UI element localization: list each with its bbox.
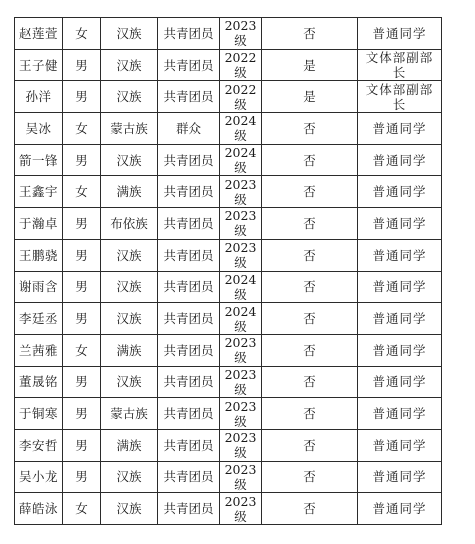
grade-suffix-text: 级: [220, 445, 261, 460]
table-row: 董晟铭 男 汉族 共青团员 2023级 否 普通同学: [15, 366, 442, 398]
ethnicity-text: 汉族: [116, 58, 141, 73]
cell-name: 董晟铭: [15, 366, 63, 398]
gender-text: 男: [75, 374, 88, 389]
ethnicity-text: 汉族: [116, 469, 141, 484]
table-row: 王鑫宇 女 满族 共青团员 2023级 否 普通同学: [15, 176, 442, 208]
grade-year-text: 2023: [220, 335, 261, 350]
name-text: 于铜寒: [19, 406, 58, 421]
cell-political-status: 共青团员: [158, 239, 220, 271]
gender-text: 男: [75, 438, 88, 453]
gender-text: 男: [75, 248, 88, 263]
has-post-text: 否: [303, 311, 316, 326]
role-line2-text: 长: [358, 97, 441, 112]
cell-role: 普通同学: [358, 144, 442, 176]
roster-body: 赵莲萱 女 汉族 共青团员 2023级 否 普通同学 王子健 男 汉族 共青团员…: [15, 18, 442, 525]
grade-year-text: 2023: [220, 399, 261, 414]
ethnicity-text: 汉族: [116, 374, 141, 389]
role-line1-text: 普通同学: [358, 406, 441, 421]
political-status-text: 共青团员: [163, 184, 213, 199]
gender-text: 女: [75, 343, 88, 358]
role-line2-text: 长: [358, 65, 441, 80]
ethnicity-text: 满族: [116, 184, 141, 199]
cell-name: 兰茜雅: [15, 334, 63, 366]
political-status-text: 共青团员: [163, 248, 213, 263]
cell-has-post: 否: [262, 366, 358, 398]
cell-name: 赵莲萱: [15, 18, 63, 50]
cell-political-status: 共青团员: [158, 366, 220, 398]
cell-ethnicity: 满族: [101, 429, 158, 461]
has-post-text: 否: [303, 248, 316, 263]
table-row: 箭一锋 男 汉族 共青团员 2024级 否 普通同学: [15, 144, 442, 176]
has-post-text: 否: [303, 501, 316, 516]
ethnicity-text: 蒙古族: [110, 121, 148, 136]
gender-text: 男: [75, 406, 88, 421]
role-line1-text: 普通同学: [358, 438, 441, 453]
has-post-text: 是: [303, 58, 316, 73]
political-status-text: 共青团员: [163, 89, 213, 104]
has-post-text: 否: [303, 121, 316, 136]
ethnicity-text: 汉族: [116, 26, 141, 41]
cell-grade: 2022级: [220, 81, 262, 113]
cell-role: 普通同学: [358, 493, 442, 525]
cell-ethnicity: 汉族: [101, 18, 158, 50]
cell-gender: 男: [63, 461, 101, 493]
name-text: 李廷丞: [19, 311, 58, 326]
cell-political-status: 共青团员: [158, 493, 220, 525]
cell-political-status: 共青团员: [158, 49, 220, 81]
cell-political-status: 共青团员: [158, 81, 220, 113]
cell-ethnicity: 蒙古族: [101, 113, 158, 145]
ethnicity-text: 汉族: [116, 153, 141, 168]
grade-year-text: 2022: [220, 50, 261, 65]
cell-political-status: 共青团员: [158, 271, 220, 303]
name-text: 赵莲萱: [19, 26, 58, 41]
grade-suffix-text: 级: [220, 255, 261, 270]
gender-text: 男: [75, 216, 88, 231]
cell-political-status: 共青团员: [158, 176, 220, 208]
cell-grade: 2024级: [220, 144, 262, 176]
grade-suffix-text: 级: [220, 287, 261, 302]
cell-ethnicity: 布依族: [101, 208, 158, 240]
grade-suffix-text: 级: [220, 477, 261, 492]
role-line1-text: 普通同学: [358, 26, 441, 41]
has-post-text: 否: [303, 153, 316, 168]
name-text: 箭一锋: [19, 153, 58, 168]
ethnicity-text: 汉族: [116, 311, 141, 326]
cell-role: 普通同学: [358, 334, 442, 366]
cell-grade: 2023级: [220, 239, 262, 271]
grade-year-text: 2024: [220, 113, 261, 128]
cell-has-post: 否: [262, 113, 358, 145]
name-text: 董晟铭: [19, 374, 58, 389]
political-status-text: 共青团员: [163, 58, 213, 73]
role-line1-text: 普通同学: [358, 501, 441, 516]
cell-has-post: 否: [262, 271, 358, 303]
cell-gender: 男: [63, 398, 101, 430]
cell-political-status: 群众: [158, 113, 220, 145]
gender-text: 男: [75, 469, 88, 484]
cell-gender: 女: [63, 113, 101, 145]
cell-ethnicity: 汉族: [101, 144, 158, 176]
cell-gender: 男: [63, 49, 101, 81]
cell-has-post: 是: [262, 49, 358, 81]
grade-suffix-text: 级: [220, 192, 261, 207]
table-row: 于瀚卓 男 布依族 共青团员 2023级 否 普通同学: [15, 208, 442, 240]
name-text: 王鑫宇: [19, 184, 58, 199]
name-text: 兰茜雅: [19, 343, 58, 358]
cell-ethnicity: 汉族: [101, 81, 158, 113]
cell-has-post: 否: [262, 208, 358, 240]
grade-suffix-text: 级: [220, 319, 261, 334]
table-row: 吴冰 女 蒙古族 群众 2024级 否 普通同学: [15, 113, 442, 145]
cell-has-post: 否: [262, 176, 358, 208]
role-line1-text: 普通同学: [358, 343, 441, 358]
political-status-text: 共青团员: [163, 343, 213, 358]
cell-ethnicity: 汉族: [101, 239, 158, 271]
has-post-text: 否: [303, 216, 316, 231]
political-status-text: 共青团员: [163, 311, 213, 326]
table-row: 李廷丞 男 汉族 共青团员 2024级 否 普通同学: [15, 303, 442, 335]
cell-grade: 2023级: [220, 208, 262, 240]
cell-grade: 2023级: [220, 334, 262, 366]
ethnicity-text: 满族: [116, 343, 141, 358]
cell-name: 吴冰: [15, 113, 63, 145]
cell-ethnicity: 满族: [101, 176, 158, 208]
grade-year-text: 2023: [220, 18, 261, 33]
political-status-text: 群众: [176, 121, 201, 136]
cell-grade: 2023级: [220, 366, 262, 398]
role-line1-text: 普通同学: [358, 216, 441, 231]
has-post-text: 否: [303, 279, 316, 294]
cell-gender: 女: [63, 493, 101, 525]
political-status-text: 共青团员: [163, 216, 213, 231]
grade-year-text: 2023: [220, 430, 261, 445]
role-line1-text: 文体部副部: [358, 82, 441, 97]
cell-ethnicity: 汉族: [101, 461, 158, 493]
cell-ethnicity: 满族: [101, 334, 158, 366]
cell-political-status: 共青团员: [158, 461, 220, 493]
grade-year-text: 2023: [220, 208, 261, 223]
name-text: 谢雨含: [19, 279, 58, 294]
name-text: 薛皓泳: [19, 501, 58, 516]
cell-role: 普通同学: [358, 18, 442, 50]
gender-text: 男: [75, 89, 88, 104]
cell-name: 箭一锋: [15, 144, 63, 176]
cell-gender: 女: [63, 334, 101, 366]
grade-suffix-text: 级: [220, 65, 261, 80]
ethnicity-text: 汉族: [116, 248, 141, 263]
grade-year-text: 2023: [220, 494, 261, 509]
grade-suffix-text: 级: [220, 414, 261, 429]
cell-gender: 男: [63, 429, 101, 461]
cell-ethnicity: 蒙古族: [101, 398, 158, 430]
grade-suffix-text: 级: [220, 33, 261, 48]
ethnicity-text: 汉族: [116, 501, 141, 516]
cell-grade: 2024级: [220, 271, 262, 303]
member-roster-table: 赵莲萱 女 汉族 共青团员 2023级 否 普通同学 王子健 男 汉族 共青团员…: [14, 17, 442, 525]
role-line1-text: 普通同学: [358, 469, 441, 484]
ethnicity-text: 汉族: [116, 279, 141, 294]
table-row: 赵莲萱 女 汉族 共青团员 2023级 否 普通同学: [15, 18, 442, 50]
cell-role: 普通同学: [358, 429, 442, 461]
cell-political-status: 共青团员: [158, 303, 220, 335]
ethnicity-text: 布依族: [110, 216, 148, 231]
ethnicity-text: 满族: [116, 438, 141, 453]
cell-role: 普通同学: [358, 303, 442, 335]
cell-gender: 男: [63, 271, 101, 303]
cell-role: 普通同学: [358, 271, 442, 303]
cell-name: 李廷丞: [15, 303, 63, 335]
cell-political-status: 共青团员: [158, 208, 220, 240]
political-status-text: 共青团员: [163, 438, 213, 453]
cell-ethnicity: 汉族: [101, 271, 158, 303]
table-row: 薛皓泳 女 汉族 共青团员 2023级 否 普通同学: [15, 493, 442, 525]
table-row: 谢雨含 男 汉族 共青团员 2024级 否 普通同学: [15, 271, 442, 303]
cell-role: 普通同学: [358, 113, 442, 145]
grade-year-text: 2022: [220, 82, 261, 97]
role-line1-text: 普通同学: [358, 153, 441, 168]
cell-name: 王鹏骁: [15, 239, 63, 271]
has-post-text: 否: [303, 469, 316, 484]
cell-name: 谢雨含: [15, 271, 63, 303]
cell-political-status: 共青团员: [158, 429, 220, 461]
cell-name: 王子健: [15, 49, 63, 81]
cell-has-post: 否: [262, 461, 358, 493]
cell-role: 普通同学: [358, 239, 442, 271]
cell-role: 普通同学: [358, 176, 442, 208]
gender-text: 男: [75, 58, 88, 73]
cell-grade: 2023级: [220, 493, 262, 525]
has-post-text: 否: [303, 374, 316, 389]
cell-role: 普通同学: [358, 461, 442, 493]
political-status-text: 共青团员: [163, 279, 213, 294]
gender-text: 男: [75, 153, 88, 168]
political-status-text: 共青团员: [163, 374, 213, 389]
cell-ethnicity: 汉族: [101, 366, 158, 398]
grade-suffix-text: 级: [220, 128, 261, 143]
cell-has-post: 否: [262, 239, 358, 271]
cell-name: 于铜寒: [15, 398, 63, 430]
cell-role: 普通同学: [358, 208, 442, 240]
has-post-text: 否: [303, 406, 316, 421]
grade-year-text: 2024: [220, 272, 261, 287]
gender-text: 男: [75, 311, 88, 326]
cell-has-post: 否: [262, 429, 358, 461]
cell-has-post: 否: [262, 18, 358, 50]
cell-political-status: 共青团员: [158, 334, 220, 366]
table-row: 兰茜雅 女 满族 共青团员 2023级 否 普通同学: [15, 334, 442, 366]
grade-suffix-text: 级: [220, 97, 261, 112]
has-post-text: 否: [303, 184, 316, 199]
table-row: 王子健 男 汉族 共青团员 2022级 是 文体部副部长: [15, 49, 442, 81]
grade-year-text: 2023: [220, 177, 261, 192]
role-line1-text: 普通同学: [358, 279, 441, 294]
gender-text: 男: [75, 279, 88, 294]
cell-name: 吴小龙: [15, 461, 63, 493]
cell-gender: 男: [63, 208, 101, 240]
has-post-text: 是: [303, 89, 316, 104]
name-text: 吴小龙: [19, 469, 58, 484]
has-post-text: 否: [303, 438, 316, 453]
cell-grade: 2022级: [220, 49, 262, 81]
grade-year-text: 2023: [220, 240, 261, 255]
name-text: 王鹏骁: [19, 248, 58, 263]
role-line1-text: 普通同学: [358, 374, 441, 389]
table-row: 李安哲 男 满族 共青团员 2023级 否 普通同学: [15, 429, 442, 461]
cell-has-post: 否: [262, 144, 358, 176]
cell-political-status: 共青团员: [158, 144, 220, 176]
cell-ethnicity: 汉族: [101, 303, 158, 335]
cell-grade: 2023级: [220, 398, 262, 430]
political-status-text: 共青团员: [163, 469, 213, 484]
table-row: 吴小龙 男 汉族 共青团员 2023级 否 普通同学: [15, 461, 442, 493]
role-line1-text: 普通同学: [358, 248, 441, 263]
grade-year-text: 2024: [220, 304, 261, 319]
name-text: 吴冰: [25, 121, 51, 136]
cell-name: 薛皓泳: [15, 493, 63, 525]
cell-role: 文体部副部长: [358, 49, 442, 81]
cell-ethnicity: 汉族: [101, 49, 158, 81]
cell-gender: 男: [63, 366, 101, 398]
cell-political-status: 共青团员: [158, 398, 220, 430]
cell-name: 孙洋: [15, 81, 63, 113]
has-post-text: 否: [303, 26, 316, 41]
political-status-text: 共青团员: [163, 153, 213, 168]
cell-gender: 男: [63, 303, 101, 335]
member-roster-table-container: 赵莲萱 女 汉族 共青团员 2023级 否 普通同学 王子健 男 汉族 共青团员…: [14, 17, 442, 525]
gender-text: 女: [75, 26, 88, 41]
cell-name: 李安哲: [15, 429, 63, 461]
cell-gender: 男: [63, 81, 101, 113]
cell-gender: 男: [63, 144, 101, 176]
political-status-text: 共青团员: [163, 501, 213, 516]
role-line1-text: 普通同学: [358, 311, 441, 326]
cell-grade: 2023级: [220, 176, 262, 208]
cell-political-status: 共青团员: [158, 18, 220, 50]
grade-suffix-text: 级: [220, 382, 261, 397]
role-line1-text: 普通同学: [358, 184, 441, 199]
name-text: 王子健: [19, 58, 58, 73]
name-text: 于瀚卓: [19, 216, 58, 231]
cell-has-post: 否: [262, 398, 358, 430]
gender-text: 女: [75, 121, 88, 136]
cell-has-post: 是: [262, 81, 358, 113]
cell-gender: 女: [63, 18, 101, 50]
ethnicity-text: 蒙古族: [110, 406, 148, 421]
ethnicity-text: 汉族: [116, 89, 141, 104]
table-row: 于铜寒 男 蒙古族 共青团员 2023级 否 普通同学: [15, 398, 442, 430]
cell-grade: 2023级: [220, 429, 262, 461]
cell-grade: 2023级: [220, 461, 262, 493]
grade-suffix-text: 级: [220, 160, 261, 175]
gender-text: 女: [75, 501, 88, 516]
cell-name: 王鑫宇: [15, 176, 63, 208]
political-status-text: 共青团员: [163, 406, 213, 421]
gender-text: 女: [75, 184, 88, 199]
table-row: 王鹏骁 男 汉族 共青团员 2023级 否 普通同学: [15, 239, 442, 271]
role-line1-text: 文体部副部: [358, 50, 441, 65]
cell-has-post: 否: [262, 334, 358, 366]
grade-year-text: 2023: [220, 367, 261, 382]
cell-ethnicity: 汉族: [101, 493, 158, 525]
name-text: 李安哲: [19, 438, 58, 453]
cell-role: 普通同学: [358, 366, 442, 398]
grade-suffix-text: 级: [220, 509, 261, 524]
grade-suffix-text: 级: [220, 223, 261, 238]
grade-year-text: 2023: [220, 462, 261, 477]
role-line1-text: 普通同学: [358, 121, 441, 136]
cell-grade: 2024级: [220, 113, 262, 145]
political-status-text: 共青团员: [163, 26, 213, 41]
cell-role: 文体部副部长: [358, 81, 442, 113]
has-post-text: 否: [303, 343, 316, 358]
cell-has-post: 否: [262, 493, 358, 525]
cell-gender: 男: [63, 239, 101, 271]
cell-grade: 2023级: [220, 18, 262, 50]
cell-role: 普通同学: [358, 398, 442, 430]
cell-gender: 女: [63, 176, 101, 208]
cell-grade: 2024级: [220, 303, 262, 335]
cell-has-post: 否: [262, 303, 358, 335]
cell-name: 于瀚卓: [15, 208, 63, 240]
grade-suffix-text: 级: [220, 350, 261, 365]
table-row: 孙洋 男 汉族 共青团员 2022级 是 文体部副部长: [15, 81, 442, 113]
name-text: 孙洋: [25, 89, 51, 104]
grade-year-text: 2024: [220, 145, 261, 160]
